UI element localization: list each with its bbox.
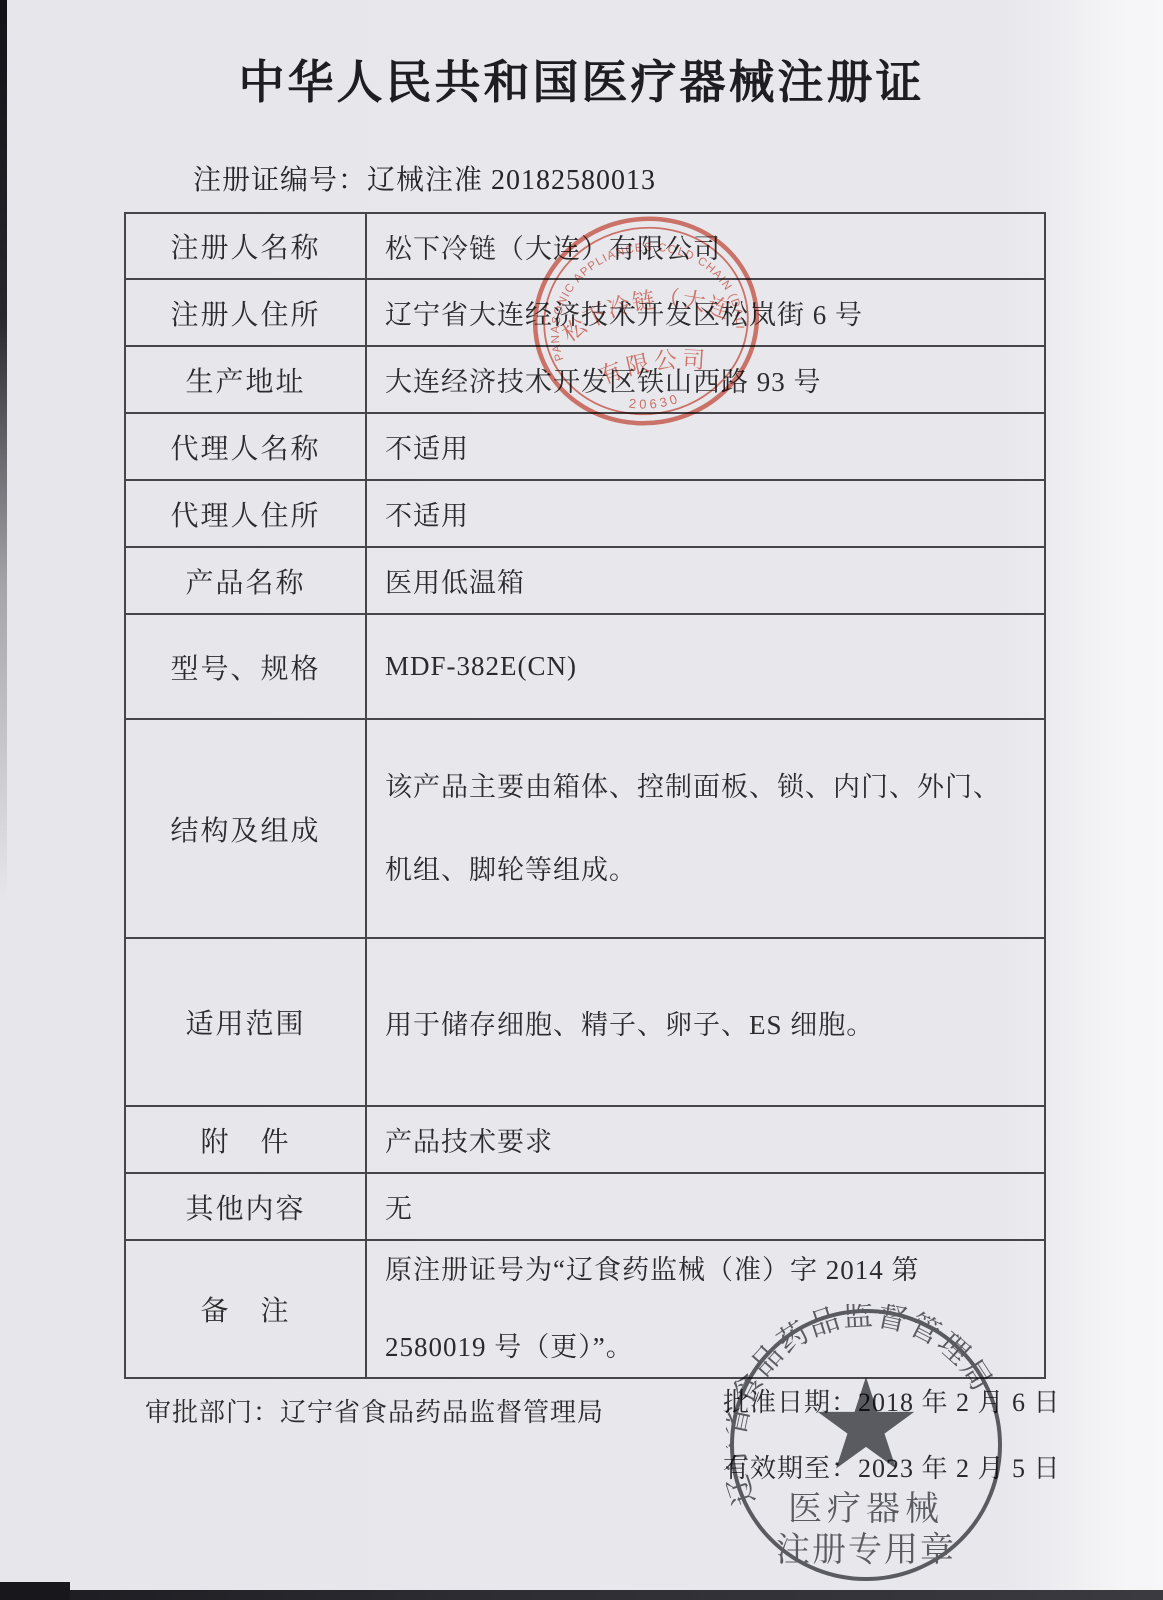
row-value: 产品技术要求 <box>367 1107 1044 1172</box>
row-value: 该产品主要由箱体、控制面板、锁、内门、外门、机组、脚轮等组成。 <box>367 720 1044 937</box>
row-label: 其他内容 <box>126 1174 367 1239</box>
certificate-scan: { "page": { "title": "中华人民共和国医疗器械注册证", "… <box>0 0 1163 1600</box>
table-row: 产品名称 医用低温箱 <box>126 548 1044 615</box>
table-row: 附 件 产品技术要求 <box>126 1107 1044 1174</box>
table-row: 代理人住所 不适用 <box>126 481 1044 548</box>
seal-caption-2: 注册专用章 <box>776 1531 956 1569</box>
row-value: MDF-382E(CN) <box>367 615 1044 718</box>
approval-department: 审批部门：辽宁省食品药品监督管理局 <box>145 1392 604 1429</box>
row-label: 附 件 <box>126 1107 367 1172</box>
row-label: 注册人住所 <box>126 280 367 345</box>
table-row: 结构及组成 该产品主要由箱体、控制面板、锁、内门、外门、机组、脚轮等组成。 <box>126 720 1044 939</box>
scan-edge-bottom <box>0 1590 1163 1600</box>
table-row: 注册人名称 松下冷链（大连）有限公司 <box>126 214 1044 280</box>
scan-edge-left <box>0 0 7 900</box>
row-label: 型号、规格 <box>126 615 367 718</box>
seal-caption-1: 医疗器械 <box>788 1490 944 1528</box>
row-value: 辽宁省大连经济技术开发区松岚街 6 号 <box>367 280 1044 345</box>
page-title: 中华人民共和国医疗器械注册证 <box>0 46 1163 112</box>
row-value: 松下冷链（大连）有限公司 <box>367 214 1044 278</box>
row-value: 用于储存细胞、精子、卵子、ES 细胞。 <box>367 939 1044 1105</box>
row-label: 代理人名称 <box>126 414 367 479</box>
approval-date: 批准日期：2018 年 2 月 6 日 <box>723 1382 1061 1419</box>
table-row: 适用范围 用于储存细胞、精子、卵子、ES 细胞。 <box>126 939 1044 1107</box>
table-row: 型号、规格 MDF-382E(CN) <box>126 615 1044 720</box>
table-row: 生产地址 大连经济技术开发区铁山西路 93 号 <box>126 347 1044 414</box>
row-label: 结构及组成 <box>126 720 367 937</box>
certificate-table: 注册人名称 松下冷链（大连）有限公司 注册人住所 辽宁省大连经济技术开发区松岚街… <box>124 212 1046 1379</box>
table-row: 代理人名称 不适用 <box>126 414 1044 481</box>
table-row: 备 注 原注册证号为“辽食药监械（准）字 2014 第 2580019 号（更）… <box>126 1241 1044 1377</box>
table-row: 注册人住所 辽宁省大连经济技术开发区松岚街 6 号 <box>126 280 1044 347</box>
row-label: 适用范围 <box>126 939 367 1105</box>
row-label: 生产地址 <box>126 347 367 412</box>
scan-edge-bottom-corner <box>0 1582 70 1600</box>
valid-until-date: 有效期至：2023 年 2 月 5 日 <box>723 1448 1061 1485</box>
row-label: 代理人住所 <box>126 481 367 546</box>
row-value: 不适用 <box>367 481 1044 546</box>
row-value: 大连经济技术开发区铁山西路 93 号 <box>367 347 1044 412</box>
row-value: 无 <box>367 1174 1044 1239</box>
row-label: 注册人名称 <box>126 214 367 278</box>
row-label: 备 注 <box>126 1241 367 1377</box>
row-value: 不适用 <box>367 414 1044 479</box>
row-label: 产品名称 <box>126 548 367 613</box>
row-value: 原注册证号为“辽食药监械（准）字 2014 第 2580019 号（更）”。 <box>367 1241 1044 1377</box>
row-value: 医用低温箱 <box>367 548 1044 613</box>
registration-number-line: 注册证编号：辽械注准 20182580013 <box>193 158 656 198</box>
table-row: 其他内容 无 <box>126 1174 1044 1241</box>
